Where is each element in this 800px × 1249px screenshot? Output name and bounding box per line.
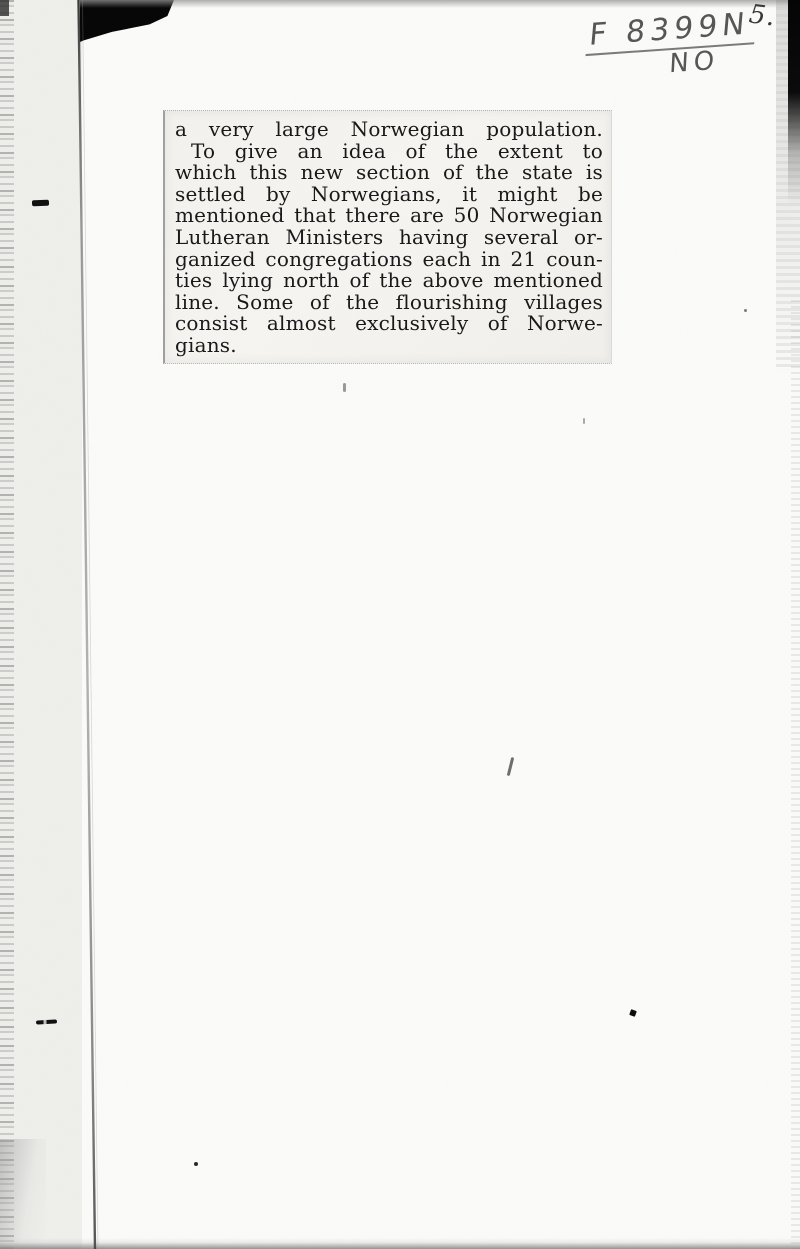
clipping-line: ganized congregations each in 21 coun- — [175, 249, 603, 271]
handwritten-annotation: F 8399N NO — [586, 6, 759, 85]
ink-speck — [744, 309, 747, 312]
clipping-line: line. Some of the flourishing villages — [175, 292, 603, 314]
newspaper-clipping: a very large Norwegian population.To giv… — [163, 110, 612, 364]
clipping-text: a very large Norwegian population.To giv… — [175, 119, 603, 357]
clipping-line: To give an idea of the extent to — [175, 141, 603, 163]
top-edge-shadow — [80, 0, 792, 8]
clipping-line: ties lying north of the above mentioned — [175, 270, 603, 292]
bottom-edge-shadow — [0, 1238, 800, 1249]
clipping-line: consist almost exclusively of Norwe- — [175, 313, 603, 335]
right-thin-speckle — [791, 300, 800, 1249]
ink-speck — [194, 1162, 198, 1166]
ink-mark — [629, 1009, 637, 1017]
clipping-line: Lutheran Ministers having several or- — [175, 227, 603, 249]
left-edge-speckle — [0, 0, 14, 1249]
ink-speck — [583, 418, 585, 424]
clipping-line: gians. — [175, 335, 603, 357]
clipping-line: settled by Norwegians, it might be — [175, 184, 603, 206]
scanned-page: 5. F 8399N NO a very large Norwegian pop… — [0, 0, 800, 1249]
top-left-edge-blob — [0, 0, 9, 16]
clipping-line: mentioned that there are 50 Norwegian — [175, 205, 603, 227]
clipping-line: which this new section of the state is — [175, 162, 603, 184]
ink-mark — [507, 757, 514, 776]
bottom-left-blotch — [0, 1139, 46, 1249]
left-gutter-strip — [0, 0, 82, 1249]
clipping-line: a very large Norwegian population. — [175, 119, 603, 141]
ink-mark — [32, 200, 49, 207]
handwritten-note: NO — [669, 43, 759, 79]
ink-mark — [343, 383, 346, 392]
top-right-scan-shadow — [788, 0, 800, 205]
